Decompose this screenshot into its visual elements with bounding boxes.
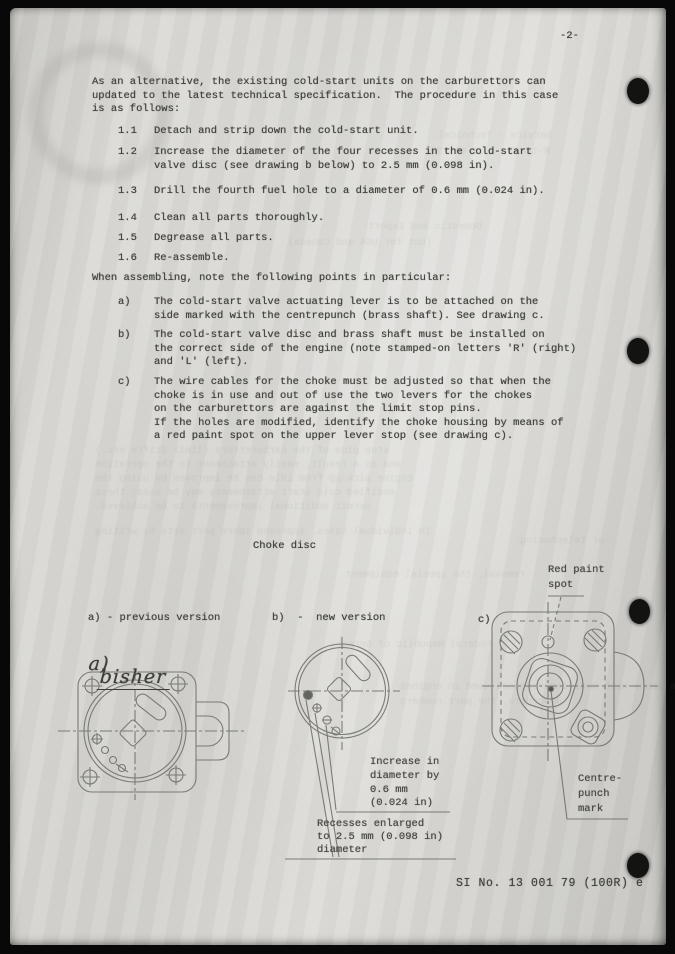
punch-hole	[627, 338, 649, 364]
step-number: 1.5	[118, 232, 137, 246]
step-number: 1.3	[118, 185, 137, 199]
point-text: The cold-start valve actuating lever is …	[154, 296, 604, 323]
step-text: Increase the diameter of the four recess…	[154, 146, 594, 173]
red-paint-spot-label: Red paint spot	[548, 563, 605, 593]
assembly-note: When assembling, note the following poin…	[92, 272, 572, 286]
choke-disc-diagrams	[0, 0, 675, 954]
caption-c: c)	[478, 614, 491, 628]
footer-reference: SI No. 13 001 79 (100R) e	[456, 877, 644, 891]
intro-paragraph: As an alternative, the existing cold-sta…	[92, 76, 597, 117]
step-text: Drill the fourth fuel hole to a diameter…	[154, 185, 614, 199]
increase-diameter-label: Increase in diameter by 0.6 mm (0.024 in…	[370, 756, 439, 811]
point-text: The wire cables for the choke must be ad…	[154, 376, 614, 444]
recesses-enlarged-label: Recesses enlarged to 2.5 mm (0.098 in) d…	[317, 818, 443, 858]
punch-hole	[627, 853, 649, 878]
point-letter: b)	[118, 329, 131, 343]
step-text: Degrease all parts.	[154, 232, 594, 246]
point-text: The cold-start valve disc and brass shaf…	[154, 329, 614, 370]
handwritten-word: bisher	[97, 666, 171, 690]
diagram-assembled-housing	[482, 596, 658, 819]
caption-new-version: b) - new version	[272, 612, 385, 626]
red-paint-leader	[550, 597, 561, 640]
punch-hole	[627, 78, 649, 104]
point-letter: c)	[118, 376, 131, 390]
step-number: 1.1	[118, 125, 137, 139]
centre-punch-label: Centre- punch mark	[578, 772, 622, 817]
point-letter: a)	[118, 296, 131, 310]
page-number: -2-	[560, 30, 579, 44]
step-text: Clean all parts thoroughly.	[154, 212, 594, 226]
scanned-document-page: Service - Technical R-1X443 13 001 79 Do…	[0, 0, 675, 954]
step-number: 1.6	[118, 252, 137, 266]
handwritten-annotation: a) bisher	[58, 644, 173, 698]
punch-hole	[629, 599, 650, 624]
step-number: 1.4	[118, 212, 137, 226]
step-text: Detach and strip down the cold-start uni…	[154, 125, 594, 139]
centre-punch-dot	[549, 687, 554, 692]
figure-title: Choke disc	[253, 540, 316, 554]
step-text: Re-assemble.	[154, 252, 594, 266]
step-number: 1.2	[118, 146, 137, 160]
caption-previous-version: a) - previous version	[88, 612, 220, 626]
